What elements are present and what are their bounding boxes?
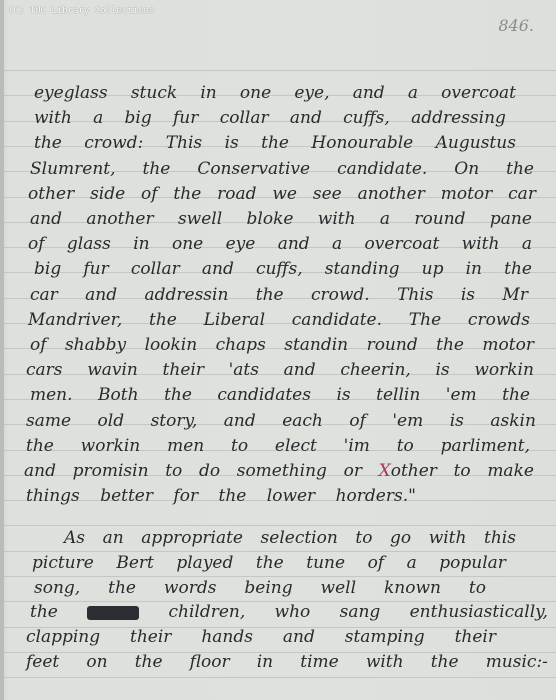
word: other (28, 184, 74, 208)
word: time (300, 652, 338, 676)
word: is (336, 385, 350, 409)
word: something (237, 461, 327, 485)
word: for (173, 486, 198, 510)
word: words (164, 578, 217, 602)
word: the (506, 159, 534, 183)
word: and (283, 627, 315, 651)
word: chaps (216, 335, 266, 359)
text-line: clappingtheirhandsandstampingtheir (0, 627, 556, 651)
word: same (26, 411, 71, 435)
word: men (167, 436, 204, 460)
text-line: sameoldstory,andeachof'emisaskin (0, 411, 556, 435)
copyright-watermark: (C) TUC Library Collections (8, 6, 154, 16)
word: collar (220, 108, 269, 132)
word: to (231, 436, 248, 460)
word: appropriate (141, 528, 243, 552)
word: round (367, 335, 418, 359)
word: Augustus (436, 133, 516, 157)
word: On (454, 159, 479, 183)
word: with (462, 234, 500, 258)
word: car (30, 285, 58, 309)
word: a (522, 234, 532, 258)
word: is (225, 133, 239, 157)
word: and (278, 234, 310, 258)
word: or (344, 461, 362, 485)
word: each (282, 411, 323, 435)
text-line: carswavintheir'atsandcheerin,isworkin (0, 360, 556, 384)
ruled-line (4, 70, 556, 71)
word: 'ats (229, 360, 259, 384)
word: candidates (217, 385, 311, 409)
word: story, (151, 411, 198, 435)
word: big (125, 108, 152, 132)
word: Both (98, 385, 139, 409)
word: the (143, 159, 171, 183)
word: with (318, 209, 356, 233)
word: parliment, (441, 436, 530, 460)
word: and (224, 411, 256, 435)
word: to (165, 461, 182, 485)
text-line: song,thewordsbeingwellknownto (0, 578, 556, 602)
word: to (397, 436, 414, 460)
word: one (172, 234, 203, 258)
text-line: thecrowd:ThisistheHonourableAugustus (0, 133, 556, 157)
word: and (353, 83, 385, 107)
word: overcoat (441, 83, 516, 107)
text-line: andanotherswellblokewitharoundpane (0, 209, 556, 233)
word: their (455, 627, 496, 651)
word: crowd. (311, 285, 370, 309)
word: song, (34, 578, 80, 602)
word: Liberal (204, 310, 265, 334)
word: As (64, 528, 85, 552)
word: in (257, 652, 273, 676)
word: Mandriver, (28, 310, 122, 334)
word: on (86, 652, 107, 676)
word: music:- (486, 652, 548, 676)
word: stamping (345, 627, 425, 651)
text-line: thechildren,whosangenthusiastically, (0, 602, 556, 626)
word: with (429, 528, 467, 552)
word: motor (482, 335, 534, 359)
word: standing (325, 259, 400, 283)
word: men. (30, 385, 73, 409)
word: and (284, 360, 316, 384)
word: workin (474, 360, 534, 384)
word: the (26, 436, 54, 460)
ruled-line (4, 525, 556, 526)
word: and (290, 108, 322, 132)
text-line: bigfurcollarandcuffs,standingupinthe (0, 259, 556, 283)
word: addressin (144, 285, 228, 309)
word: addressing (411, 108, 506, 132)
word: of (28, 234, 45, 258)
word: picture (32, 553, 94, 577)
word: a (408, 83, 418, 107)
word: do (199, 461, 220, 485)
text-line: withabigfurcollarandcuffs,addressing (0, 108, 556, 132)
word: another (358, 184, 425, 208)
word: one (240, 83, 271, 107)
redaction-block (87, 606, 139, 620)
word: This (397, 285, 433, 309)
text-line: ofshabbylookinchapsstandinroundthemotor (0, 335, 556, 359)
word: hands (201, 627, 253, 651)
text-line: Asanappropriateselectiontogowiththis (0, 528, 556, 552)
word: a (380, 209, 390, 233)
word: the (219, 486, 247, 510)
word: fur (173, 108, 198, 132)
word: with (366, 652, 404, 676)
word: is (461, 285, 475, 309)
word: elect (275, 436, 317, 460)
word: a (407, 553, 417, 577)
text-line: men.Boththecandidatesistellin'emthe (0, 385, 556, 409)
word: of (141, 184, 158, 208)
word: cuffs, (256, 259, 303, 283)
word: eyeglass (34, 83, 108, 107)
word: horders." (336, 486, 416, 510)
word: big (34, 259, 61, 283)
word: the (173, 184, 201, 208)
word: selection (261, 528, 338, 552)
text-line: eyeglassstuckinoneeye,andaovercoat (0, 83, 556, 107)
word: road (217, 184, 256, 208)
word: and (30, 209, 62, 233)
word: clapping (26, 627, 100, 651)
word: the (504, 259, 532, 283)
word: in (133, 234, 149, 258)
word: wavin (87, 360, 138, 384)
word: and (85, 285, 117, 309)
text-line: thingsbetterforthelowerhorders." (0, 486, 556, 510)
word: sang (340, 602, 381, 626)
word: car (508, 184, 536, 208)
word: being (244, 578, 292, 602)
word: This (166, 133, 202, 157)
word: the (256, 553, 284, 577)
word: another (86, 209, 153, 233)
word: the (256, 285, 284, 309)
word: crowd: (84, 133, 143, 157)
word: lower (267, 486, 315, 510)
word: askin (490, 411, 536, 435)
word: to (355, 528, 372, 552)
text-line: Mandriver,theLiberalcandidate.Thecrowds (0, 310, 556, 334)
word: tellin (376, 385, 420, 409)
word: glass (67, 234, 111, 258)
word: in (466, 259, 482, 283)
text-line: ofglassinoneeyeandaovercoatwitha (0, 234, 556, 258)
correction-mark: X (379, 461, 391, 481)
word: swell (178, 209, 222, 233)
word: Honourable (311, 133, 413, 157)
word: is (450, 411, 464, 435)
text-line: pictureBertplayedthetuneofapopular (0, 553, 556, 577)
word: better (100, 486, 153, 510)
word: of (30, 335, 47, 359)
word: candidate. (337, 159, 427, 183)
word: 'im (344, 436, 370, 460)
word: their (163, 360, 204, 384)
word: with (34, 108, 72, 132)
word: standin (284, 335, 348, 359)
word: the (502, 385, 530, 409)
word: popular (439, 553, 506, 577)
word: is (436, 360, 450, 384)
text-line: theworkinmentoelect'imtoparliment, (0, 436, 556, 460)
word: crowds (468, 310, 530, 334)
word: eye, (294, 83, 329, 107)
word: we (272, 184, 297, 208)
word: eye (226, 234, 256, 258)
word: Conservative (197, 159, 310, 183)
word: up (422, 259, 444, 283)
word: enthusiastically, (410, 602, 548, 626)
word: overcoat (365, 234, 440, 258)
word: The (409, 310, 441, 334)
word: motor (441, 184, 493, 208)
word: the (108, 578, 136, 602)
page-number: 846. (498, 16, 534, 35)
word: see (313, 184, 342, 208)
word: 'em (392, 411, 423, 435)
word: bloke (247, 209, 294, 233)
word: round (414, 209, 465, 233)
word: shabby (65, 335, 126, 359)
word: who (275, 602, 311, 626)
word: promisin (73, 461, 149, 485)
word: pane (490, 209, 532, 233)
word: the (30, 602, 58, 626)
word: go (390, 528, 411, 552)
word: lookin (145, 335, 198, 359)
word: cars (26, 360, 63, 384)
word: an (103, 528, 124, 552)
word: the (149, 310, 177, 334)
word: things (26, 486, 80, 510)
text-line: Slumrent,theConservativecandidate.Onthe (0, 159, 556, 183)
word: their (130, 627, 171, 651)
word: in (200, 83, 216, 107)
word: of (349, 411, 366, 435)
manuscript-page: (C) TUC Library Collections 846. eyeglas… (0, 0, 556, 700)
word: feet (26, 652, 59, 676)
word: 'em (446, 385, 477, 409)
text-line: feetonthefloorintimewiththemusic:- (0, 652, 556, 676)
word: well (321, 578, 357, 602)
word: stuck (131, 83, 177, 107)
word: to (469, 578, 486, 602)
word: the (431, 652, 459, 676)
word: cuffs, (343, 108, 390, 132)
word: the (436, 335, 464, 359)
word: a (93, 108, 103, 132)
word: candidate. (292, 310, 382, 334)
word: the (164, 385, 192, 409)
word: collar (131, 259, 180, 283)
word: side (90, 184, 125, 208)
word: a (332, 234, 342, 258)
word: workin (81, 436, 141, 460)
word: floor (190, 652, 230, 676)
word: make (487, 461, 534, 485)
word: to (454, 461, 471, 485)
word: the (34, 133, 62, 157)
word: cheerin, (340, 360, 411, 384)
word: Xother (379, 461, 437, 485)
word: Bert (116, 553, 154, 577)
word: tune (306, 553, 345, 577)
word: known (384, 578, 441, 602)
word: the (135, 652, 163, 676)
text-line: carandaddressinthecrowd.ThisisMr (0, 285, 556, 309)
word: and (24, 461, 56, 485)
word: played (176, 553, 233, 577)
word: and (202, 259, 234, 283)
word: this (484, 528, 516, 552)
word: children, (168, 602, 245, 626)
word: of (368, 553, 385, 577)
word: fur (83, 259, 108, 283)
text-line: andpromisintodosomethingorXothertomake (0, 461, 556, 485)
word: Mr (502, 285, 528, 309)
text-line: othersideoftheroadweseeanothermotorcar (0, 184, 556, 208)
word: the (261, 133, 289, 157)
word: Slumrent, (30, 159, 116, 183)
word: old (98, 411, 125, 435)
ruled-line (4, 677, 556, 678)
